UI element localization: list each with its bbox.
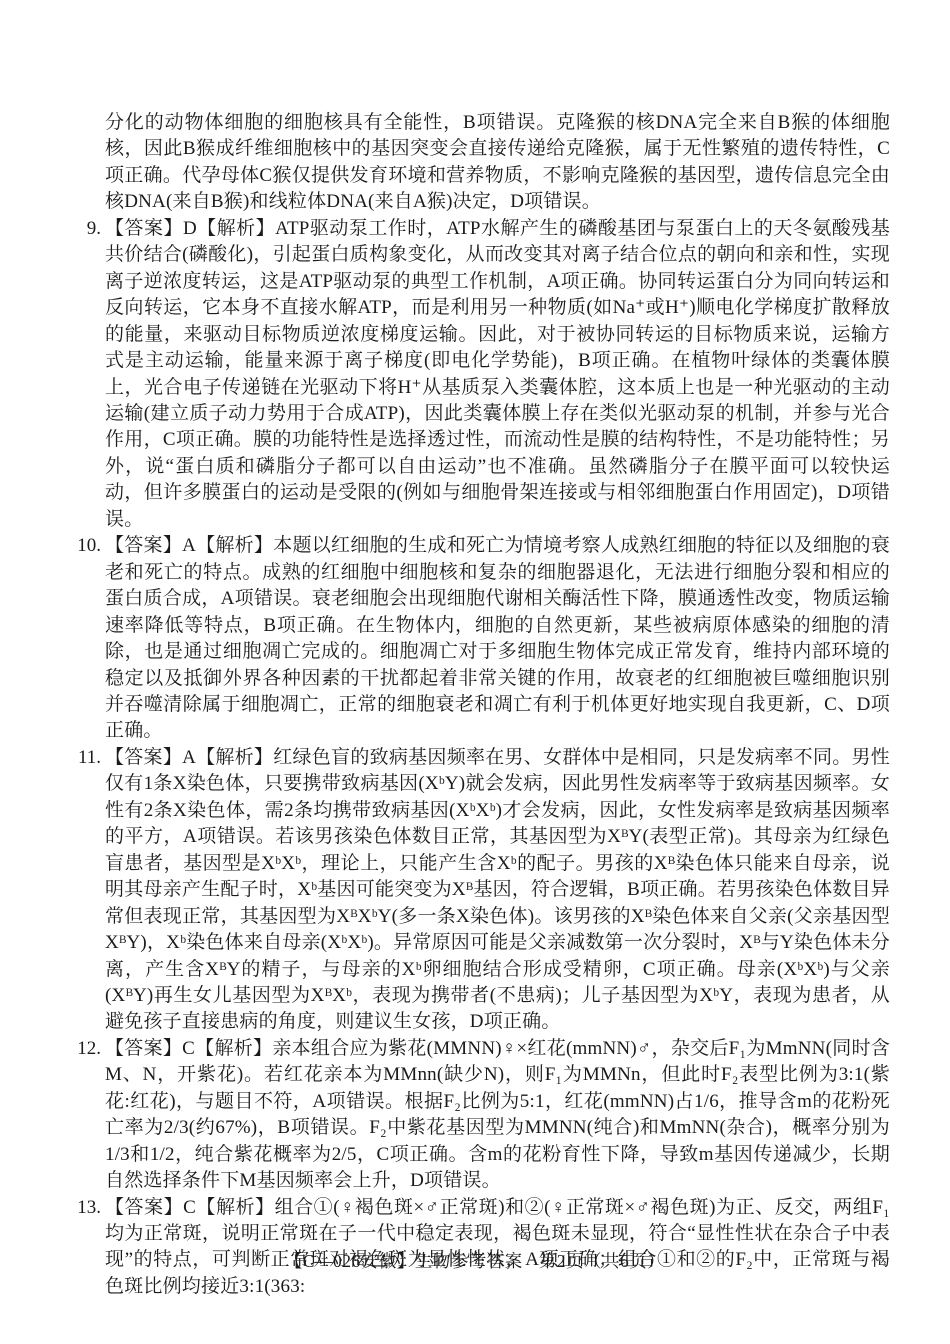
paragraph-text: 分化的动物体细胞的细胞核具有全能性，B项错误。克隆猴的核DNA完全来自B猴的体细… [105,112,890,212]
paragraph-text: 【答案】C【解析】亲本组合应为紫花(MMNN)♀×红花(mmNN)♂，杂交后F₁… [105,1038,890,1191]
item-number-11: 11. [55,745,101,771]
answer-item-9: 9.【答案】D【解析】ATP驱动泵工作时，ATP水解产生的磷酸基团与泵蛋白上的天… [105,216,890,533]
footer-page-number: 第2页（共6页） [539,1251,666,1271]
document-page: 分化的动物体细胞的细胞核具有全能性，B项错误。克隆猴的核DNA完全来自B猴的体细… [0,0,950,1344]
paragraph-text: 【答案】A【解析】红绿色盲的致病基因频率在男、女群体中是相同，只是发病率不同。男… [105,747,890,1033]
item-number-12: 12. [55,1036,101,1062]
paragraph-text: 【答案】D【解析】ATP驱动泵工作时，ATP水解产生的磷酸基团与泵蛋白上的天冬氨… [105,218,890,530]
paragraph-text: 【答案】A【解析】本题以红细胞的生成和死亡为情境考察人成熟红细胞的特征以及细胞的… [105,535,890,741]
item-number-10: 10. [55,533,101,559]
item-number-13: 13. [55,1195,101,1221]
answer-item-12: 12.【答案】C【解析】亲本组合应为紫花(MMNN)♀×红花(mmNN)♂，杂交… [105,1036,890,1195]
answer-item-11: 11.【答案】A【解析】红绿色盲的致病基因频率在男、女群体中是相同，只是发病率不… [105,745,890,1036]
item-number-9: 9. [55,216,101,242]
answers-content: 分化的动物体细胞的细胞核具有全能性，B项错误。克隆猴的核DNA完全来自B猴的体细… [0,110,950,1300]
page-footer: 【C—026安徽】生物参考答案第2页（共6页） [0,1248,950,1273]
answer-item-10: 10.【答案】A【解析】本题以红细胞的生成和死亡为情境考察人成熟红细胞的特征以及… [105,533,890,745]
footer-doc-title: 【C—026安徽】生物参考答案 [285,1251,523,1271]
paragraph-text: 【答案】C【解析】组合①(♀褐色斑×♂正常斑)和②(♀正常斑×♂褐色斑)为正、反… [105,1197,890,1297]
answer-paragraph-8-continuation: 分化的动物体细胞的细胞核具有全能性，B项错误。克隆猴的核DNA完全来自B猴的体细… [105,110,890,216]
